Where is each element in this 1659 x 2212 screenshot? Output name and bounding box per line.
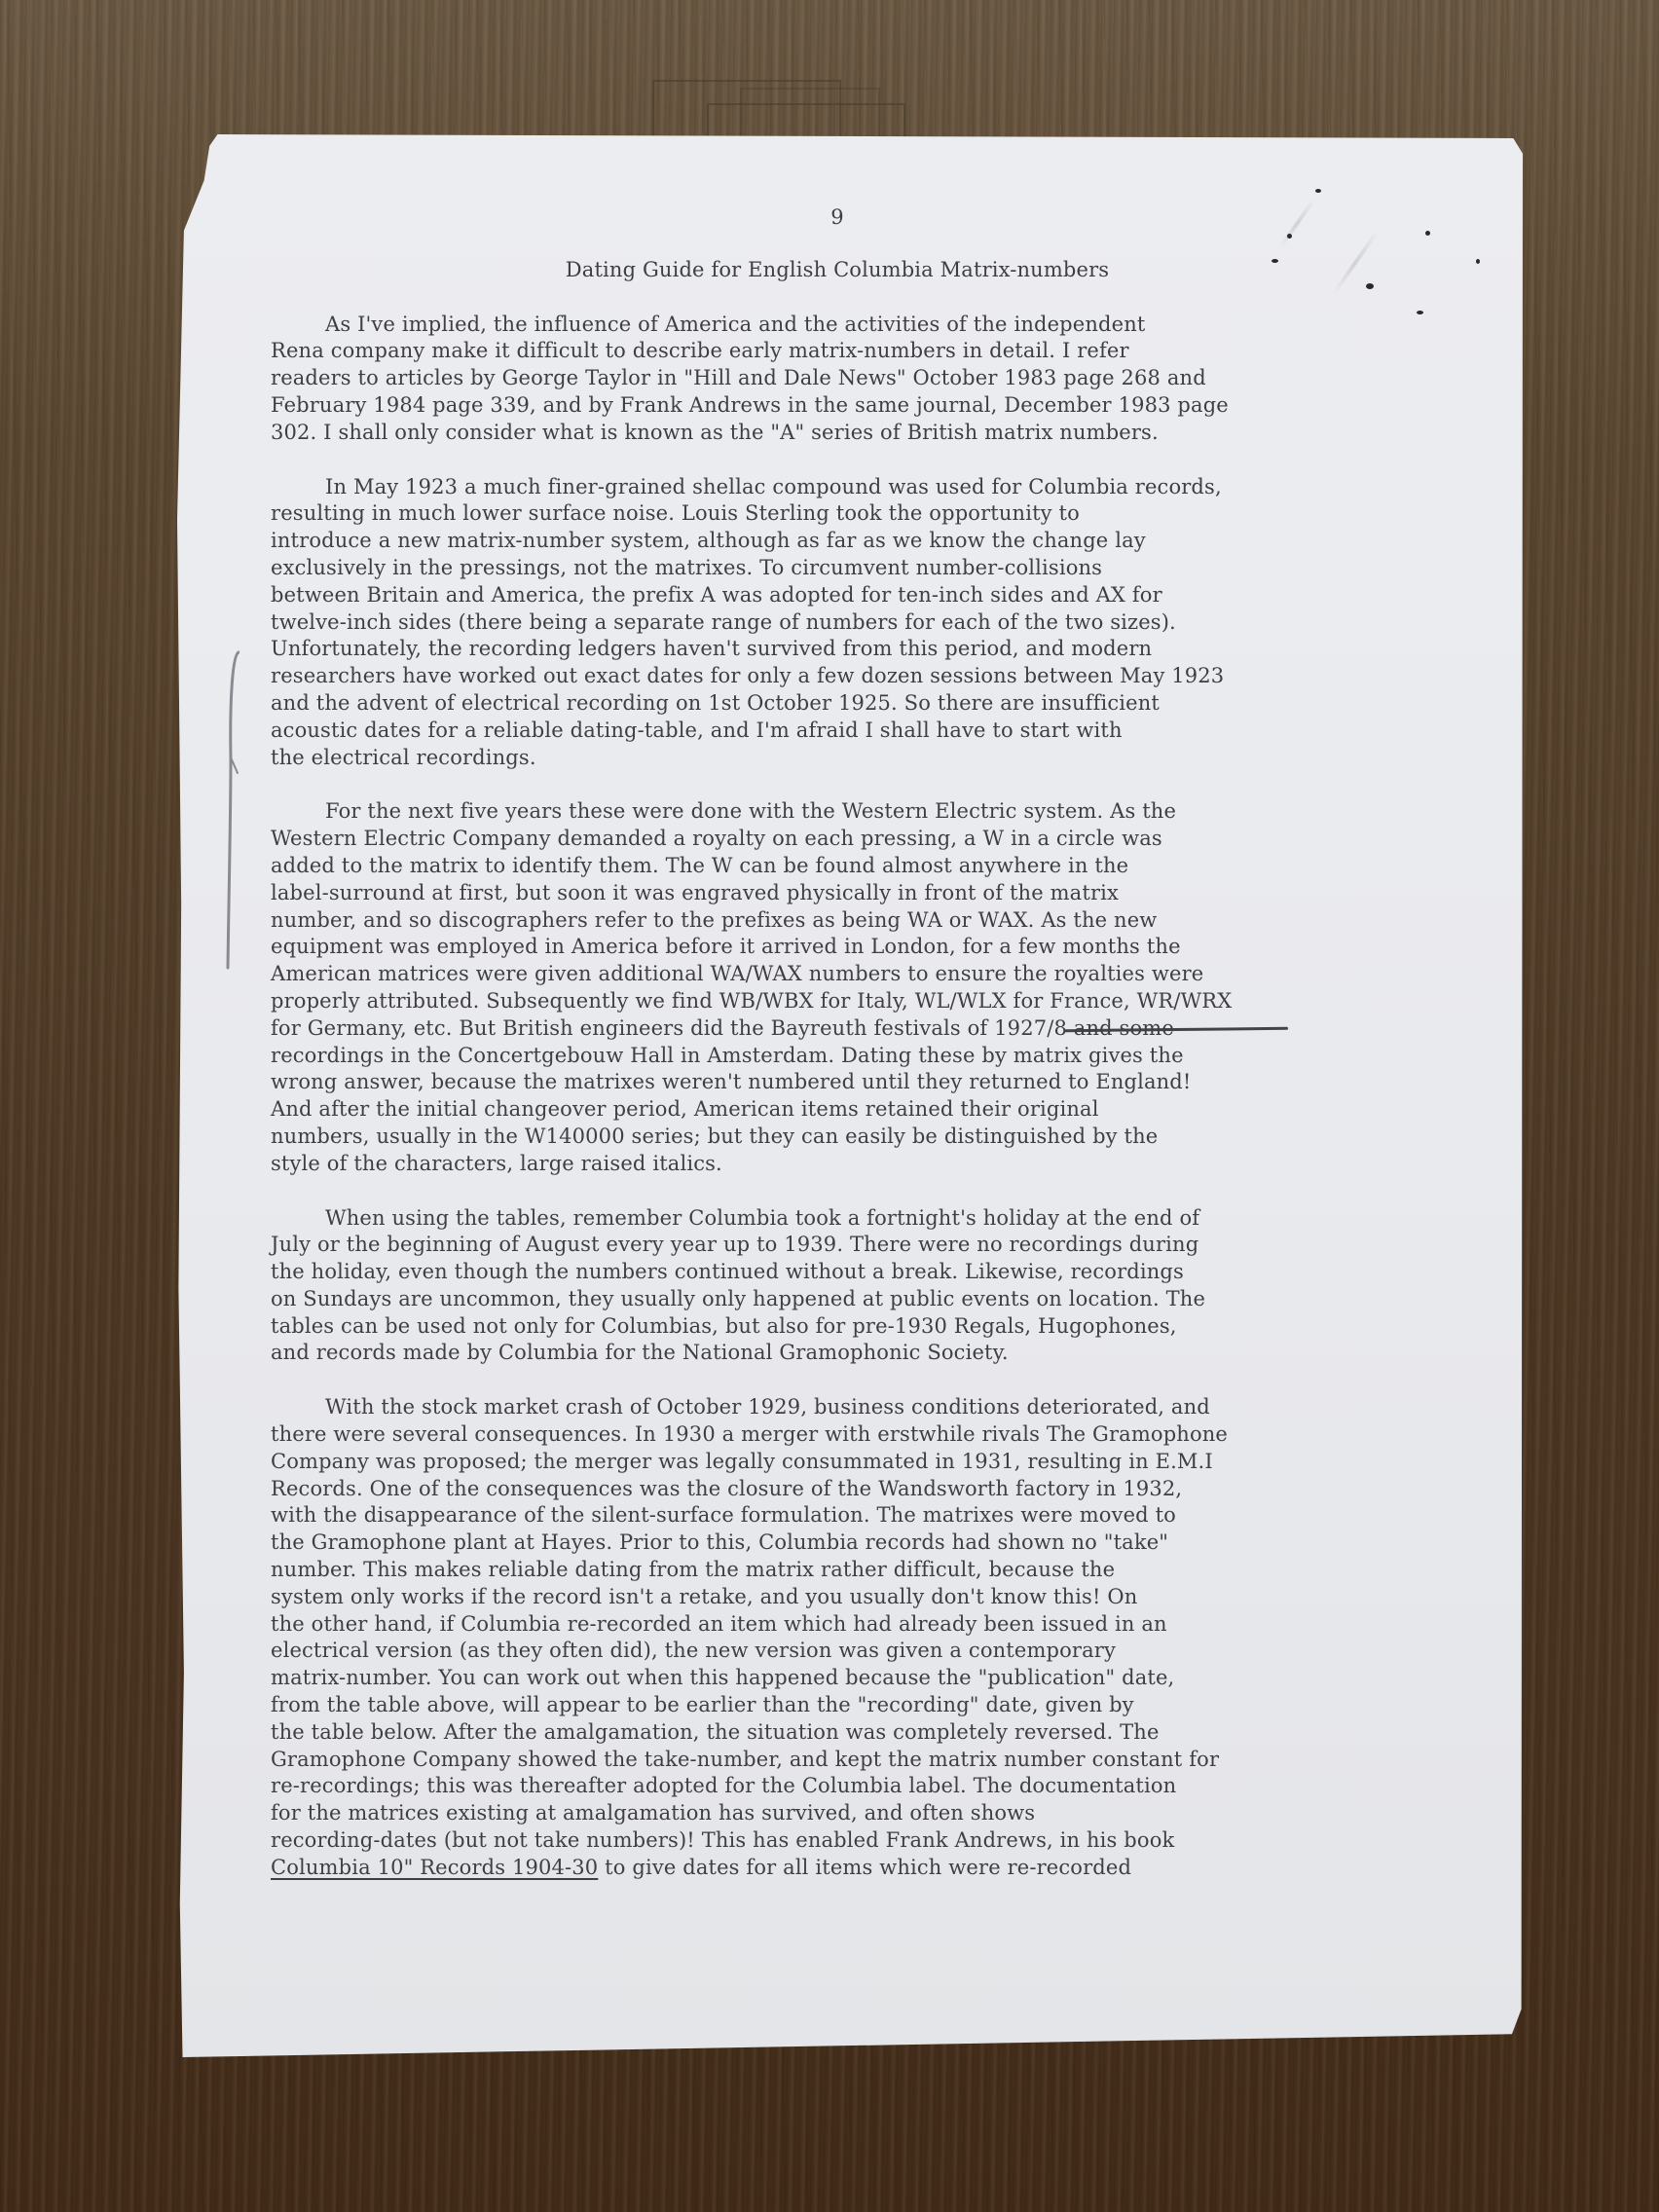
text-line: number. This makes reliable dating from …	[271, 1557, 1439, 1584]
text-line: on Sundays are uncommon, they usually on…	[271, 1286, 1439, 1313]
paragraph: For the next five years these were done …	[271, 798, 1439, 1177]
text-line: recording-dates (but not take numbers)! …	[271, 1827, 1439, 1855]
text-line: recordings in the Concertgebouw Hall in …	[271, 1043, 1439, 1070]
paragraph: With the stock market crash of October 1…	[271, 1394, 1439, 1881]
text-line: for the matrices existing at amalgamatio…	[271, 1800, 1439, 1827]
text-line: for Germany, etc. But British engineers …	[271, 1015, 1439, 1043]
text-line: wrong answer, because the matrixes weren…	[271, 1069, 1439, 1096]
text-line: numbers, usually in the W140000 series; …	[271, 1124, 1439, 1151]
page-number: 9	[236, 204, 1439, 232]
book-title-underlined: Columbia 10" Records 1904-30	[271, 1856, 598, 1879]
paragraph: In May 1923 a much finer-grained shellac…	[271, 474, 1439, 772]
text-line: readers to articles by George Taylor in …	[271, 365, 1439, 392]
text-line: electrical version (as they often did), …	[271, 1638, 1439, 1665]
text-line: tables can be used not only for Columbia…	[271, 1313, 1439, 1341]
text-line: system only works if the record isn't a …	[271, 1584, 1439, 1611]
paragraph: When using the tables, remember Columbia…	[271, 1205, 1439, 1368]
text-line: properly attributed. Subsequently we fin…	[271, 988, 1439, 1015]
text-line: For the next five years these were done …	[271, 798, 1439, 826]
text-line: Gramophone Company showed the take-numbe…	[271, 1747, 1439, 1774]
text-line: February 1984 page 339, and by Frank And…	[271, 392, 1439, 420]
text-line: In May 1923 a much finer-grained shellac…	[271, 474, 1439, 501]
text-line: the electrical recordings.	[271, 745, 1439, 772]
text-line: When using the tables, remember Columbia…	[271, 1205, 1439, 1233]
text-line: the Gramophone plant at Hayes. Prior to …	[271, 1530, 1439, 1557]
page-title: Dating Guide for English Columbia Matrix…	[236, 257, 1439, 284]
text-line: Records. One of the consequences was the…	[271, 1476, 1439, 1503]
text-line: 302. I shall only consider what is known…	[271, 420, 1439, 447]
text-line: between Britain and America, the prefix …	[271, 582, 1439, 609]
text-line: July or the beginning of August every ye…	[271, 1232, 1439, 1259]
text-fragment: to give dates for all items which were r…	[598, 1856, 1131, 1879]
text-line: and the advent of electrical recording o…	[271, 690, 1439, 718]
text-line: the holiday, even though the numbers con…	[271, 1259, 1439, 1286]
text-line: Company was proposed; the merger was leg…	[271, 1449, 1439, 1476]
text-line: Rena company make it difficult to descri…	[271, 338, 1439, 365]
text-line: resulting in much lower surface noise. L…	[271, 500, 1439, 528]
text-line: style of the characters, large raised it…	[271, 1151, 1439, 1178]
text-line: twelve-inch sides (there being a separat…	[271, 609, 1439, 637]
text-line: with the disappearance of the silent-sur…	[271, 1502, 1439, 1530]
pin-hole	[1315, 189, 1321, 193]
text-line: from the table above, will appear to be …	[271, 1692, 1439, 1719]
text-line: exclusively in the pressings, not the ma…	[271, 555, 1439, 582]
text-line: Unfortunately, the recording ledgers hav…	[271, 636, 1439, 663]
text-line: equipment was employed in America before…	[271, 934, 1439, 961]
text-line: there were several consequences. In 1930…	[271, 1421, 1439, 1449]
text-line: introduce a new matrix-number system, al…	[271, 528, 1439, 555]
text-line: As I've implied, the influence of Americ…	[271, 312, 1439, 339]
text-line: American matrices were given additional …	[271, 961, 1439, 988]
text-line: With the stock market crash of October 1…	[271, 1394, 1439, 1421]
text-line: the other hand, if Columbia re-recorded …	[271, 1611, 1439, 1639]
text-line: label-surround at first, but soon it was…	[271, 880, 1439, 907]
text-line: added to the matrix to identify them. Th…	[271, 853, 1439, 880]
text-line: And after the initial changeover period,…	[271, 1096, 1439, 1124]
text-line: number, and so discographers refer to th…	[271, 907, 1439, 935]
paragraph: As I've implied, the influence of Americ…	[271, 312, 1439, 447]
text-line: researchers have worked out exact dates …	[271, 663, 1439, 690]
pin-hole	[1476, 259, 1480, 264]
text-line: the table below. After the amalgamation,…	[271, 1719, 1439, 1747]
text-line: acoustic dates for a reliable dating-tab…	[271, 718, 1439, 745]
pencil-margin-mark	[226, 650, 240, 972]
text-line: re-recordings; this was thereafter adopt…	[271, 1773, 1439, 1800]
wood-scratch-mark	[740, 88, 880, 138]
document-body: 9 Dating Guide for English Columbia Matr…	[271, 204, 1439, 1909]
text-line: and records made by Columbia for the Nat…	[271, 1340, 1439, 1367]
text-line: matrix-number. You can work out when thi…	[271, 1665, 1439, 1692]
text-line: Columbia 10" Records 1904-30 to give dat…	[271, 1855, 1439, 1882]
text-line: Western Electric Company demanded a roya…	[271, 826, 1439, 853]
